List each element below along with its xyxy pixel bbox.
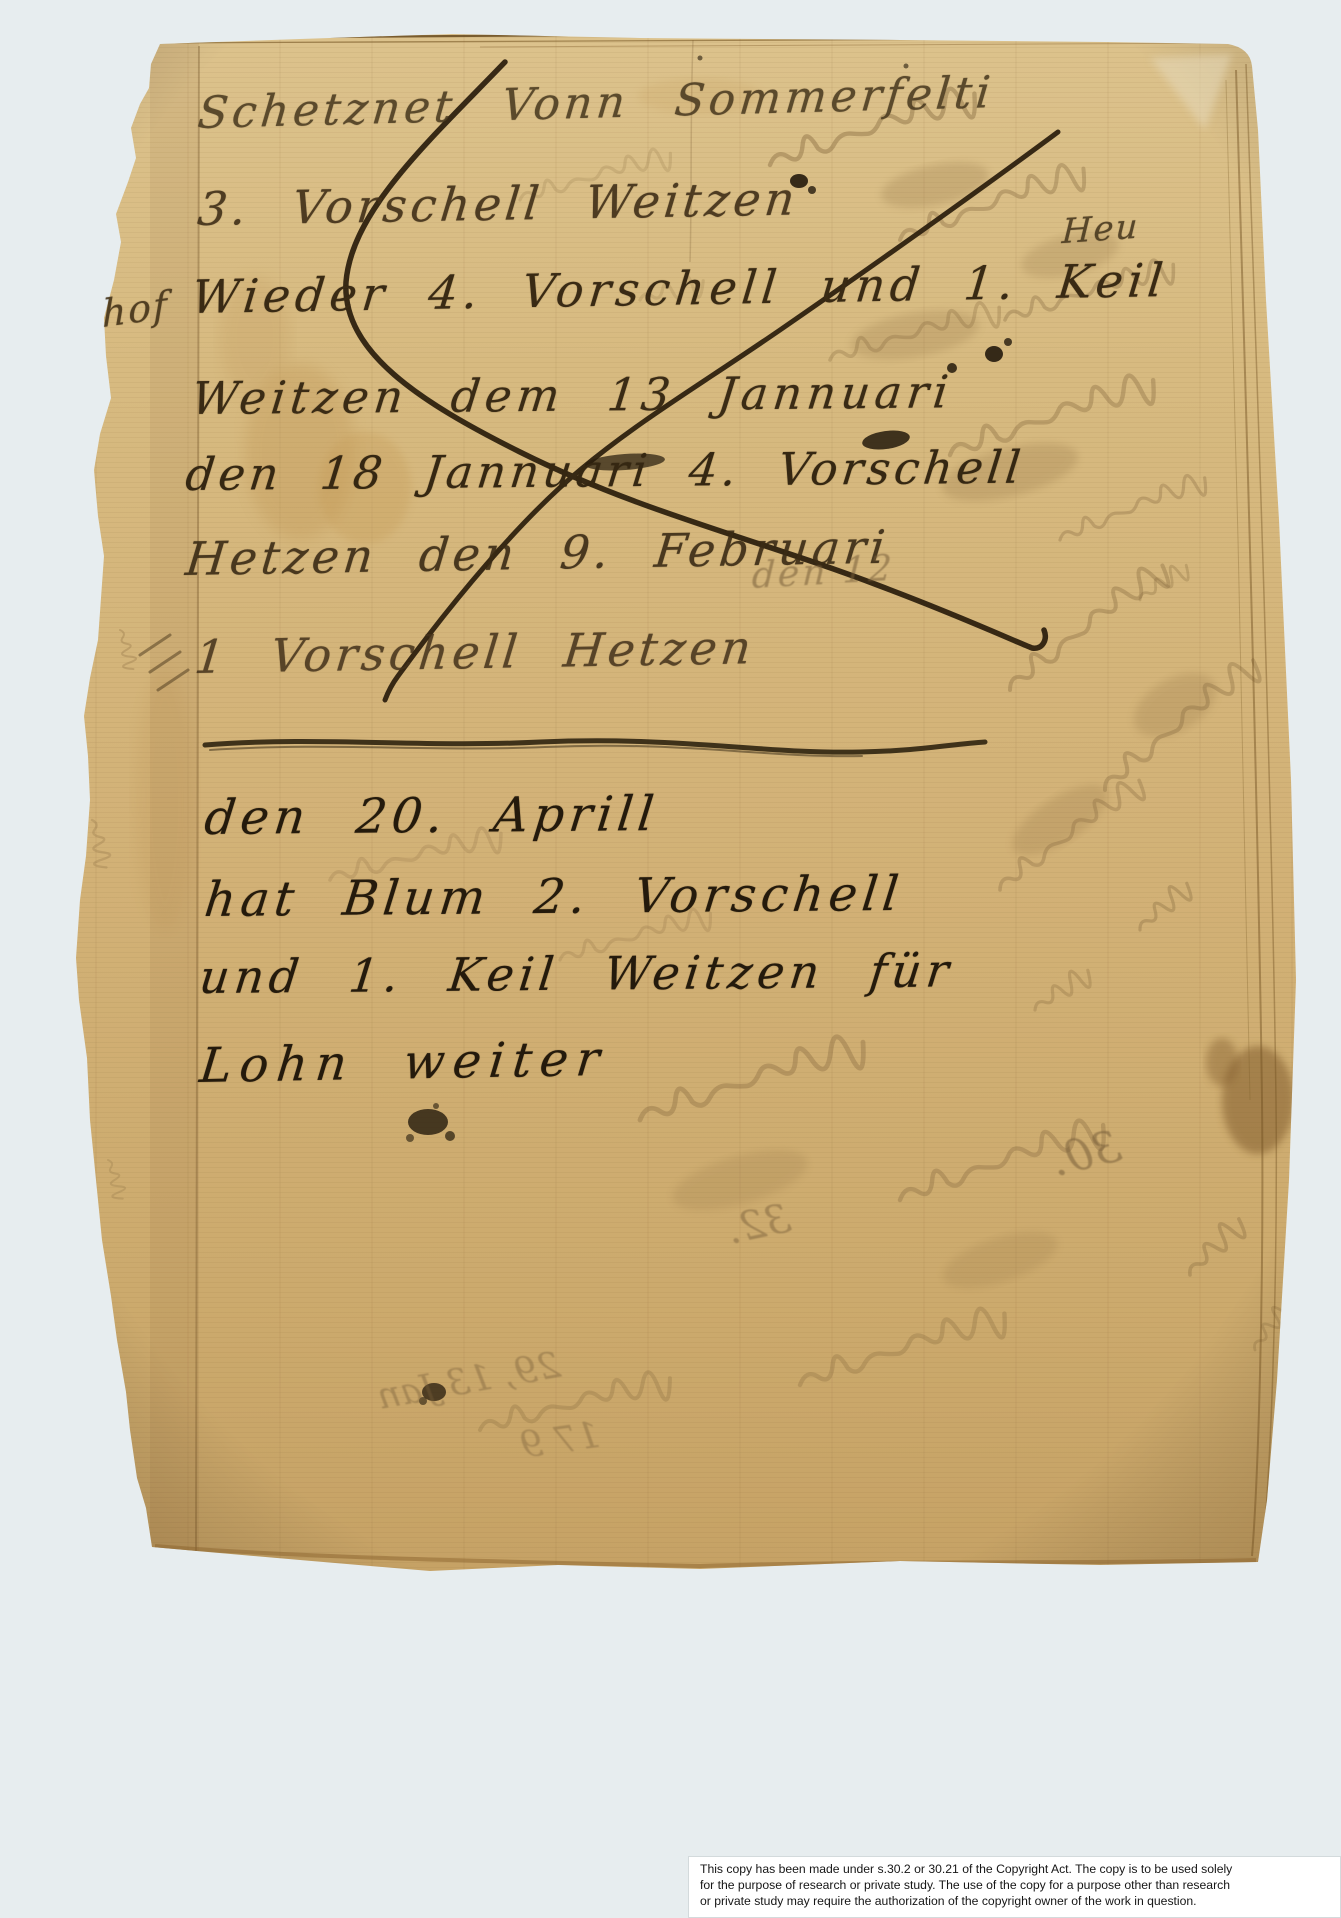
copyright-notice-line: or private study may require the authori… xyxy=(700,1894,1334,1910)
copyright-notice-line: for the purpose of research or private s… xyxy=(700,1878,1334,1894)
copyright-notice-line: This copy has been made under s.30.2 or … xyxy=(700,1862,1334,1878)
bleedthrough-fragment: den 12 xyxy=(751,548,896,597)
bleedthrough-fragment: 29, 13 Jan xyxy=(374,1345,563,1418)
bleedthrough-fragment: 32. xyxy=(723,1196,795,1254)
bleedthrough-fragment: 17 9 xyxy=(518,1415,603,1467)
bleedthrough-fragments: den 12 30. 32. 29, 13 Jan 17 9 xyxy=(0,0,1341,1918)
scanned-document: { "scan": { "background_color": "#e7edef… xyxy=(0,0,1341,1918)
copyright-notice-box: This copy has been made under s.30.2 or … xyxy=(688,1856,1341,1918)
bleedthrough-fragment: 30. xyxy=(1046,1121,1126,1187)
